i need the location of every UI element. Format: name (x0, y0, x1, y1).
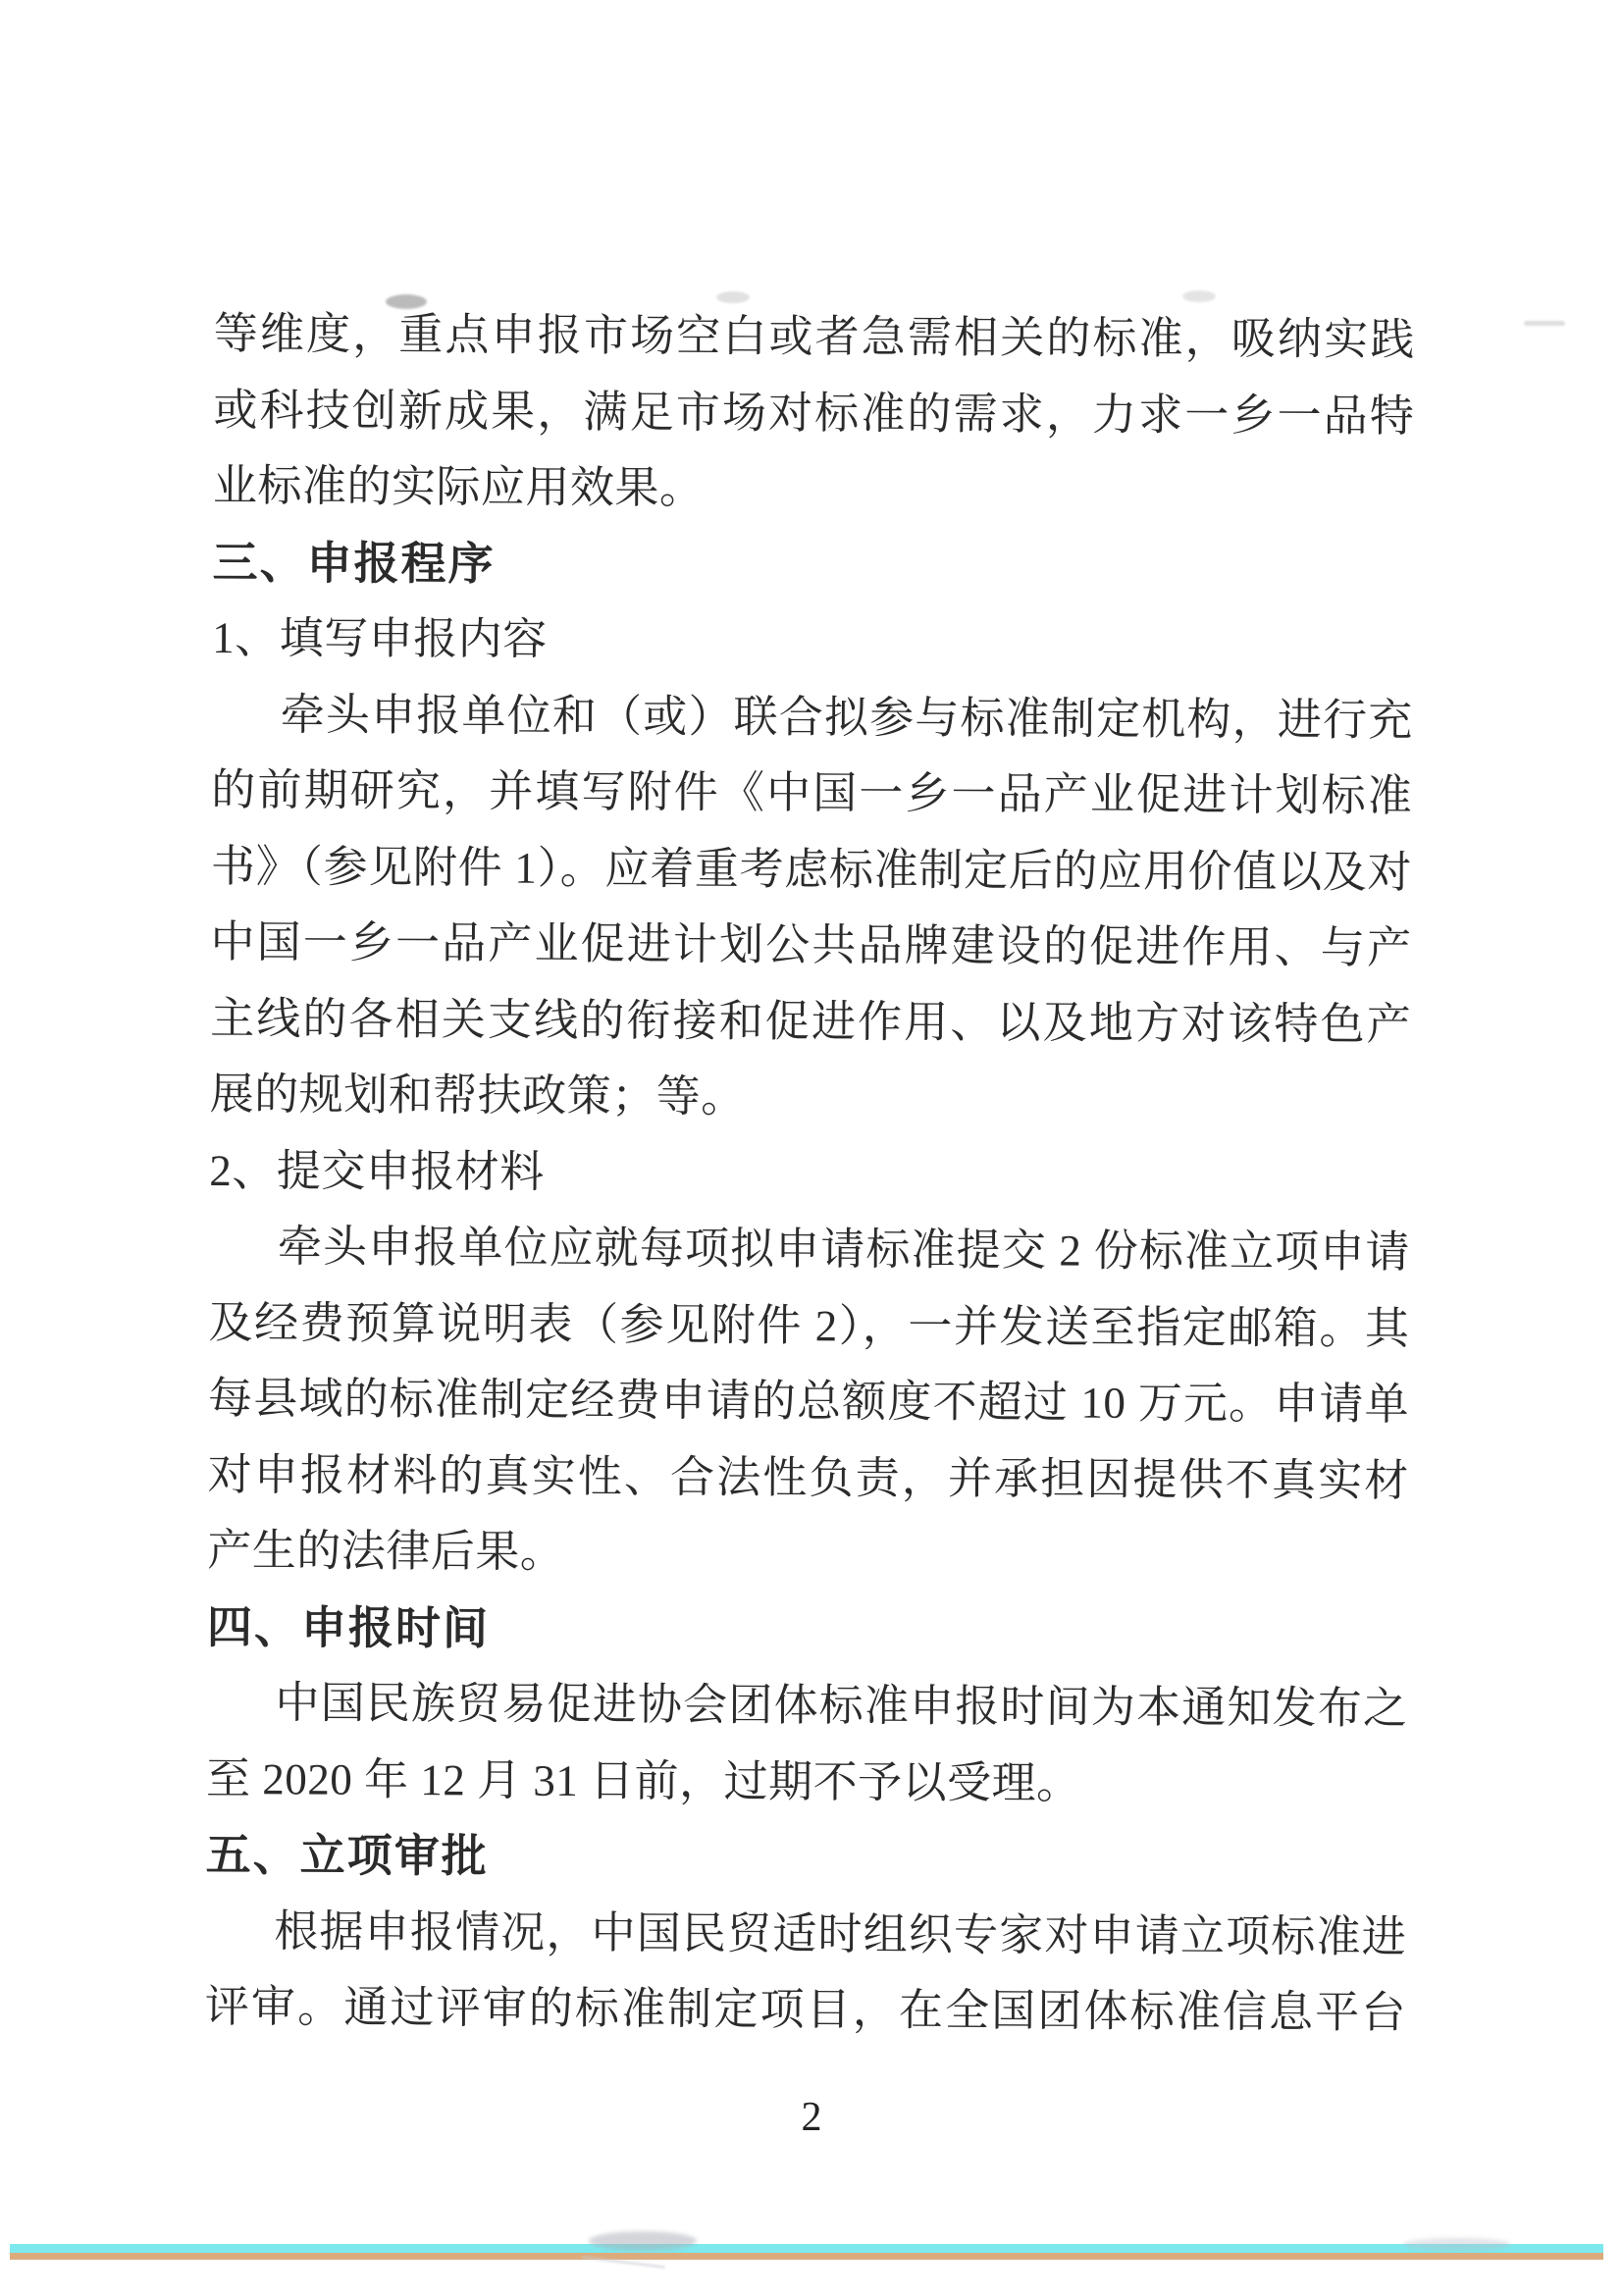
document-text-block: 等维度，重点申报市场空白或者急需相关的标准，吸纳实践先行 或科技创新成果，满足市… (205, 296, 1415, 2052)
doc-line: 牵头申报单位应就每项拟申请标准提交 2 份标准立项申请书， (209, 1209, 1410, 1291)
section-heading: 五、立项审批 (205, 1817, 1406, 1900)
scan-smudge (1524, 321, 1565, 326)
doc-line: 及经费预算说明表（参见附件 2），一并发送至指定邮箱。其中， (208, 1284, 1409, 1367)
scan-smudge (386, 294, 427, 309)
doc-subitem: 2、提交申报材料 (209, 1132, 1410, 1215)
scan-smudge (589, 2231, 697, 2251)
doc-line: 中国一乡一品产业促进计划公共品牌建设的促进作用、与产业为 (210, 905, 1411, 987)
doc-line: 业标准的实际应用效果。 (213, 448, 1414, 531)
doc-line: 对申报材料的真实性、合法性负责，并承担因提供不真实材料而 (208, 1436, 1409, 1519)
scan-smudge (716, 291, 750, 303)
scan-smudge (1182, 290, 1216, 302)
doc-line: 主线的各相关支线的衔接和促进作用、以及地方对该特色产业发 (210, 980, 1411, 1063)
doc-line: 评审。通过评审的标准制定项目，在全国团体标准信息平台 (205, 1969, 1406, 2052)
scanned-document-page: 等维度，重点申报市场空白或者急需相关的标准，吸纳实践先行 或科技创新成果，满足市… (0, 0, 1623, 2296)
scan-smudge (1403, 2238, 1511, 2251)
doc-line: 每县域的标准制定经费申请的总额度不超过 10 万元。申请单位 (208, 1361, 1409, 1443)
section-heading: 四、申报时间 (207, 1589, 1408, 1671)
doc-line: 产生的法律后果。 (207, 1513, 1408, 1595)
doc-line: 的前期研究，并填写附件《中国一乡一品产业促进计划标准申请 (211, 753, 1412, 835)
doc-line: 牵头申报单位和（或）联合拟参与标准制定机构，进行充分 (212, 676, 1413, 758)
doc-line: 中国民族贸易促进协会团体标准申报时间为本通知发布之日 (206, 1665, 1407, 1748)
footer-page-number: 2 (0, 2094, 1623, 2141)
doc-line: 或科技创新成果，满足市场对标准的需求，力求一乡一品特色产 (213, 372, 1414, 454)
doc-line: 书》（参见附件 1）。应着重考虑标准制定后的应用价值以及对 (211, 828, 1412, 911)
scan-edge-tan-strip (10, 2253, 1603, 2260)
section-heading: 三、申报程序 (212, 524, 1413, 606)
doc-line: 根据申报情况，中国民贸适时组织专家对申请立项标准进行 (205, 1893, 1406, 1975)
scan-edge-cyan-strip (10, 2244, 1603, 2253)
doc-subitem: 1、填写申报内容 (212, 600, 1413, 683)
doc-line: 等维度，重点申报市场空白或者急需相关的标准，吸纳实践先行 (214, 296, 1415, 379)
doc-line: 至 2020 年 12 月 31 日前，过期不予以受理。 (206, 1741, 1407, 1823)
doc-line: 展的规划和帮扶政策；等。 (210, 1057, 1411, 1139)
